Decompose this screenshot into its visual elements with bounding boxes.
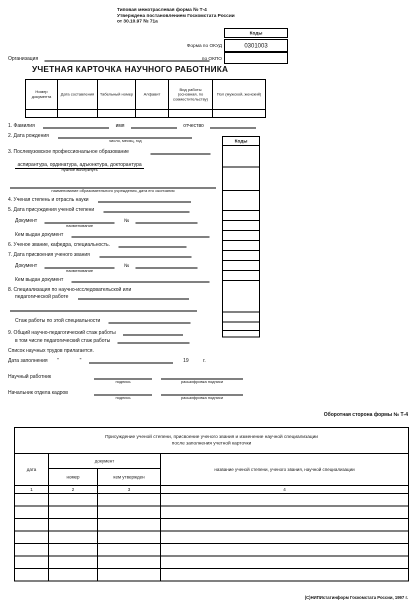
- hr-label: Начальник отдела кадров: [8, 390, 68, 396]
- worker-signature-decode-blank: расшифровка подписи: [161, 374, 243, 380]
- back-table-cell: [98, 556, 161, 569]
- code-cell: [222, 191, 260, 211]
- signature-caption: подпись: [115, 396, 130, 400]
- degree-label: 4. Ученая степень и отрасль науки: [8, 197, 89, 203]
- back-table-cell: [161, 556, 409, 569]
- form-t4: Типовая межотраслевая форма № Т-4 Утверж…: [0, 0, 419, 611]
- field-specialization-row: 8. Специализация по научно-исследователь…: [8, 287, 131, 293]
- quote-open: ": [57, 358, 59, 364]
- back-table-row: [15, 556, 409, 569]
- worker-label: Научный работник: [8, 374, 51, 380]
- back-table-empty-rows: [15, 494, 409, 582]
- fill-date-label: Дата заполнения: [8, 358, 48, 364]
- quote-close: ": [80, 358, 82, 364]
- col-gender: Пол (мужской, женский): [213, 80, 266, 110]
- back-table-row: [15, 531, 409, 544]
- copyright-footer: (С)НИПИстатинформ Госкомстата России, 19…: [14, 595, 408, 600]
- back-table-cell: [49, 569, 98, 582]
- number-sign: №: [124, 218, 129, 224]
- code-cell: [222, 251, 260, 261]
- cell-blank: [136, 110, 169, 118]
- back-table-cell: [98, 506, 161, 519]
- total-experience-label: 9. Общий научно-педагогический стаж рабо…: [8, 330, 116, 336]
- worker-signature-blank: подпись: [94, 374, 152, 380]
- cell-blank: [98, 110, 136, 118]
- back-table-cell: [98, 494, 161, 507]
- document-values-row: [26, 110, 266, 118]
- specialization-blank: [78, 294, 189, 300]
- specialization-extra-blank: [10, 306, 197, 312]
- field-degree-row: 4. Ученая степень и отрасль науки: [8, 197, 191, 203]
- code-cell: [222, 146, 260, 168]
- document-label: Документ: [15, 263, 37, 269]
- year-prefix: 19: [183, 358, 189, 364]
- col-doc-number: Номер документа: [26, 80, 58, 110]
- back-col-approved-by: кем утвержден: [98, 469, 161, 486]
- back-table-row: [15, 544, 409, 557]
- cell-blank: [26, 110, 58, 118]
- number-sign: №: [124, 263, 129, 269]
- codes-column: Коды: [222, 136, 260, 338]
- code-cell: [222, 281, 260, 313]
- specialty-experience-row: Стаж работы по этой специальности: [15, 318, 191, 324]
- document-name-blank: наименование: [45, 218, 115, 224]
- specialty-experience-label: Стаж работы по этой специальности: [15, 318, 100, 324]
- code-cell: [222, 211, 260, 221]
- back-table-cell: [98, 531, 161, 544]
- total-experience-blank: [123, 330, 183, 336]
- back-table-row: [15, 494, 409, 507]
- organization-blank: [45, 56, 210, 62]
- cell-blank: [58, 110, 98, 118]
- attachment-note-row: Список научных трудов прилагается.: [8, 348, 94, 354]
- specialization-label-line1: 8. Специализация по научно-исследователь…: [8, 287, 131, 293]
- back-table-cell: [15, 506, 49, 519]
- name-label: имя: [116, 123, 125, 129]
- field-surname-label: 1. Фамилия: [8, 123, 35, 129]
- code-cell: [222, 261, 260, 271]
- back-table-cell: [15, 556, 49, 569]
- back-table-cell: [161, 494, 409, 507]
- back-table-cell: [49, 506, 98, 519]
- cell-blank: [169, 110, 213, 118]
- institution-row: наименование образовательного учреждения…: [10, 183, 216, 189]
- title-date-blank: [99, 252, 191, 258]
- specialty-experience-blank: [109, 318, 191, 324]
- okpo-code-cell: [224, 52, 288, 64]
- birthdate-caption: число, месяц, год: [109, 139, 142, 143]
- back-side-label: Оборотная сторона формы № Т-4: [14, 412, 408, 418]
- institution-caption: наименование образовательного учреждения…: [51, 189, 174, 193]
- back-table-title-line2: после заполнения учетной карточки: [19, 441, 404, 447]
- approval-line: от 30.10.97 № 71а: [117, 19, 235, 25]
- name-blank: [131, 123, 177, 129]
- document-number-blank: [136, 263, 198, 269]
- back-col-name: название ученой степени, ученого звания,…: [161, 454, 409, 486]
- code-cell: [222, 323, 260, 332]
- teaching-experience-row: в том числе педагогический стаж работы: [15, 338, 190, 344]
- back-table-numbers-row: 1 2 3 4: [15, 486, 409, 494]
- back-table-row: [15, 569, 409, 582]
- issuer-blank: [72, 277, 210, 283]
- academic-title-label: 6. Ученое звание, кафедра, специальность…: [8, 242, 110, 248]
- col-index: 4: [161, 486, 409, 494]
- field-surname-row: 1. Фамилия имя отчество: [8, 123, 256, 129]
- organization-label: Организация: [8, 56, 38, 62]
- back-table-title-row: Присуждение ученой степени, присвоение у…: [15, 428, 409, 454]
- hr-signature-decode-blank: расшифровка подписи: [161, 390, 243, 396]
- degree-date-blank: [104, 207, 190, 213]
- code-cell: [222, 168, 260, 192]
- postgrad-options-caption: нужное вычеркнуть: [62, 168, 98, 172]
- codes-column-header: Коды: [222, 136, 260, 146]
- month-blank: [89, 358, 173, 364]
- col-index: 3: [98, 486, 161, 494]
- col-index: 2: [49, 486, 98, 494]
- title-document-row: Документ наименование №: [15, 263, 198, 269]
- worker-signature-row: Научный работник подпись расшифровка под…: [8, 374, 51, 387]
- organization-row: Организация: [8, 56, 210, 62]
- postgrad-options: аспирантура, ординатура, адъюнктура, док…: [15, 162, 144, 169]
- back-table-cell: [161, 506, 409, 519]
- col-work-type: Вид работы (основная, по совместительств…: [169, 80, 213, 110]
- back-col-document: документ: [49, 454, 161, 469]
- degree-document-row: Документ наименование №: [15, 218, 198, 224]
- col-date: Дата составления: [58, 80, 98, 110]
- back-col-number: номер: [49, 469, 98, 486]
- back-table-cell: [15, 569, 49, 582]
- specialization-label-line2: педагогической работе: [15, 294, 68, 300]
- postgrad-label: 3. Послевузовское профессиональное образ…: [8, 149, 129, 155]
- page-title: УЧЕТНАЯ КАРТОЧКА НАУЧНОГО РАБОТНИКА: [32, 65, 228, 75]
- back-table-header-row1: дата документ название ученой степени, у…: [15, 454, 409, 469]
- document-name-caption: наименование: [66, 224, 93, 228]
- back-col-date: дата: [15, 454, 49, 486]
- field-degree-date-row: 5. Дата присуждения ученой степени: [8, 207, 190, 213]
- codes-header-cell: Коды: [224, 28, 288, 38]
- back-table-row: [15, 519, 409, 532]
- document-name-blank: наименование: [45, 263, 115, 269]
- code-cell: [222, 241, 260, 251]
- document-name-caption: наименование: [66, 269, 93, 273]
- okud-label: Форма по ОКУД: [130, 43, 222, 49]
- patronymic-blank: [210, 123, 256, 129]
- field-total-experience-row: 9. Общий научно-педагогический стаж рабо…: [8, 330, 183, 336]
- signature-caption: подпись: [115, 380, 130, 384]
- degree-blank: [98, 197, 191, 203]
- fill-date-row: Дата заполнения " " 19 г.: [8, 358, 206, 364]
- year-suffix: г.: [203, 358, 206, 364]
- back-table-cell: [49, 519, 98, 532]
- okud-code-cell: 0301003: [224, 39, 288, 52]
- code-cell: [222, 331, 260, 338]
- birthdate-label: 2. Дата рождения: [8, 133, 49, 139]
- code-cell: [222, 271, 260, 281]
- title-issuer-row: Кем выдан документ: [15, 277, 210, 283]
- patronymic-label: отчество: [183, 123, 204, 129]
- issued-by-label: Кем выдан документ: [15, 232, 63, 238]
- back-table-cell: [161, 544, 409, 557]
- document-header-table: Номер документа Дата составления Табельн…: [25, 79, 266, 118]
- teaching-experience-blank: [118, 338, 190, 344]
- cell-blank: [213, 110, 266, 118]
- surname-blank: [43, 123, 109, 129]
- signature-decode-caption: расшифровка подписи: [181, 396, 223, 400]
- back-table-cell: [98, 519, 161, 532]
- title-date-label: 7. Дата присвоения ученого звания: [8, 252, 90, 258]
- back-table-cell: [15, 531, 49, 544]
- back-table-cell: [49, 494, 98, 507]
- postgrad-blank: [150, 149, 210, 155]
- signature-decode-caption: расшифровка подписи: [181, 380, 223, 384]
- degree-issuer-row: Кем выдан документ: [15, 232, 210, 238]
- back-table-cell: [49, 556, 98, 569]
- code-cell: [222, 221, 260, 231]
- back-table-cell: [15, 494, 49, 507]
- attachment-note: Список научных трудов прилагается.: [8, 348, 94, 354]
- back-table-title: Присуждение ученой степени, присвоение у…: [15, 428, 409, 454]
- specialization-extra-line: [10, 306, 197, 312]
- back-table-cell: [161, 569, 409, 582]
- document-header-row: Номер документа Дата составления Табельн…: [26, 80, 266, 110]
- back-table-cell: [15, 519, 49, 532]
- academic-title-blank: [118, 242, 186, 248]
- code-cell: [222, 313, 260, 323]
- institution-blank: наименование образовательного учреждения…: [10, 183, 216, 189]
- back-table-cell: [98, 569, 161, 582]
- col-index: 1: [15, 486, 49, 494]
- issuer-blank: [72, 232, 210, 238]
- back-table-cell: [49, 531, 98, 544]
- field-postgrad-row: 3. Послевузовское профессиональное образ…: [8, 149, 210, 155]
- postgrad-options-row: аспирантура, ординатура, адъюнктура, док…: [8, 162, 144, 169]
- hr-signature-blank: подпись: [94, 390, 152, 396]
- teaching-experience-label: в том числе педагогический стаж работы: [15, 338, 110, 344]
- issued-by-label: Кем выдан документ: [15, 277, 63, 283]
- document-number-blank: [136, 218, 198, 224]
- degree-date-label: 5. Дата присуждения ученой степени: [8, 207, 94, 213]
- birthdate-blank: число, месяц, год: [58, 133, 192, 139]
- back-table: Присуждение ученой степени, присвоение у…: [14, 427, 409, 582]
- back-table-row: [15, 506, 409, 519]
- field-birthdate-row: 2. Дата рождения число, месяц, год: [8, 133, 192, 139]
- specialization-row-line2: педагогической работе: [15, 294, 189, 300]
- back-table-cell: [161, 531, 409, 544]
- back-table-cell: [161, 519, 409, 532]
- hr-signature-row: Начальник отдела кадров подпись расшифро…: [8, 390, 68, 403]
- field-academic-title-row: 6. Ученое звание, кафедра, специальность…: [8, 242, 186, 248]
- document-label: Документ: [15, 218, 37, 224]
- code-cell: [222, 231, 260, 241]
- col-alphabet: Алфавит: [136, 80, 169, 110]
- back-table-cell: [98, 544, 161, 557]
- scanned-form-page: Типовая межотраслевая форма № Т-4 Утверж…: [0, 0, 419, 611]
- approval-block: Типовая межотраслевая форма № Т-4 Утверж…: [117, 7, 235, 24]
- field-title-date-row: 7. Дата присвоения ученого звания: [8, 252, 191, 258]
- back-table-cell: [49, 544, 98, 557]
- col-personnel-number: Табельный номер: [98, 80, 136, 110]
- back-table-cell: [15, 544, 49, 557]
